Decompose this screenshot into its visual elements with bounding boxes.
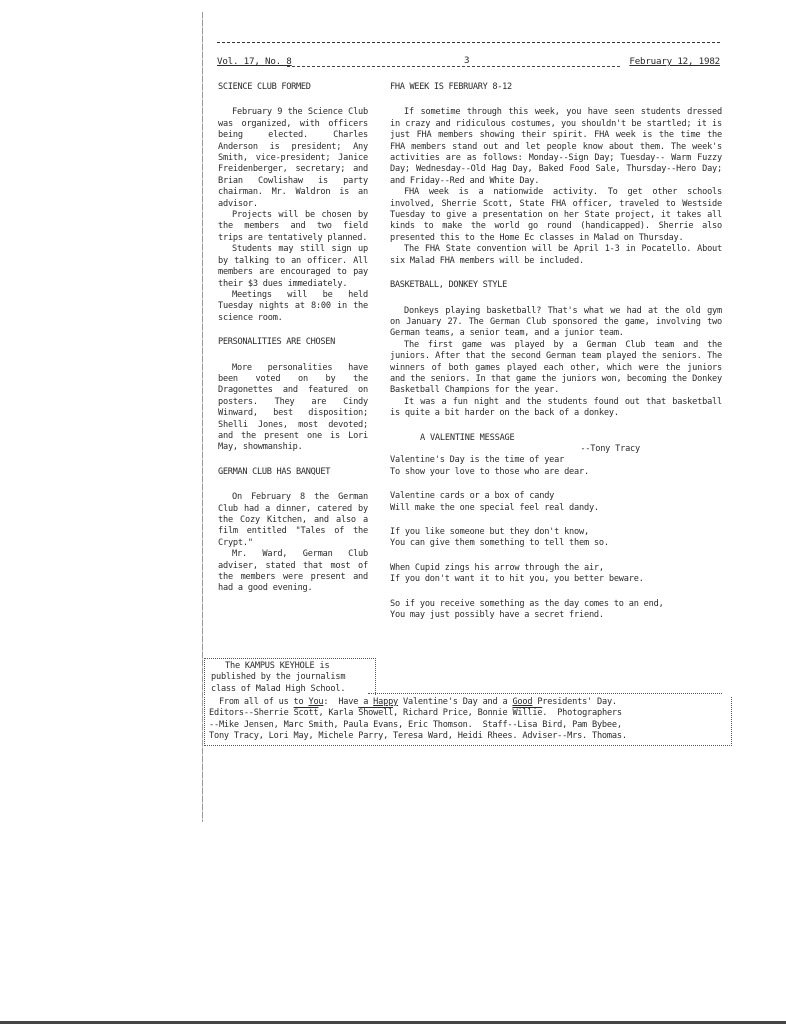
binding-margin-line [202, 12, 203, 822]
colophon-text: The KAMPUS KEYHOLE is published by the j… [211, 661, 371, 695]
page-number: 3 [464, 55, 469, 66]
masthead-dashes [287, 66, 620, 67]
headline: GERMAN CLUB HAS BANQUET [218, 467, 368, 478]
article-basketball: BASKETBALL, DONKEY STYLE Donkeys playing… [390, 280, 722, 419]
paragraph: If sometime through this week, you have … [390, 107, 722, 187]
article-science-club: SCIENCE CLUB FORMED February 9 the Scien… [218, 82, 368, 324]
poem-line: You may just possibly have a secret frie… [390, 610, 722, 621]
editors-line: Editors--Sherrie Scott, Karla Showell, R… [209, 708, 727, 719]
article-personalities: PERSONALITIES ARE CHOSEN More personalit… [218, 337, 368, 454]
poem-line: To show your love to those who are dear. [390, 467, 722, 478]
paragraph: The first game was played by a German Cl… [390, 340, 722, 397]
footer-dotted-rule [368, 693, 722, 694]
paragraph: Meetings will be held Tuesday nights at … [218, 290, 368, 324]
paragraph: FHA week is a nationwide activity. To ge… [390, 187, 722, 244]
poem-line: You can give them something to tell them… [390, 538, 722, 549]
paragraph: Donkeys playing basketball? That's what … [390, 306, 722, 340]
poem-line: Valentine cards or a box of candy [390, 491, 722, 502]
headline: PERSONALITIES ARE CHOSEN [218, 337, 368, 348]
photographers-staff-line: --Mike Jensen, Marc Smith, Paula Evans, … [209, 720, 727, 731]
paragraph: Mr. Ward, German Club adviser, stated th… [218, 549, 368, 595]
left-column: SCIENCE CLUB FORMED February 9 the Scien… [218, 82, 368, 595]
paragraph: It was a fun night and the students foun… [390, 397, 722, 420]
paragraph: The FHA State convention will be April 1… [390, 244, 722, 267]
right-column: FHA WEEK IS FEBRUARY 8-12 If sometime th… [390, 82, 722, 621]
volume-issue: Vol. 17, No. 8 [217, 56, 292, 67]
poem-line: So if you receive something as the day c… [390, 599, 722, 610]
paragraph: More personalities have been voted on by… [218, 363, 368, 454]
paragraph: February 9 the Science Club was organize… [218, 107, 368, 210]
top-dashed-rule [217, 42, 720, 43]
newspaper-page: Vol. 17, No. 8 3 February 12, 1982 SCIEN… [0, 0, 786, 1024]
paragraph: Projects will be chosen by the members a… [218, 210, 368, 244]
staff-footer-box: From all of us to You: Have a Happy Vale… [204, 697, 732, 746]
valentine-poem: A VALENTINE MESSAGE --Tony Tracy Valenti… [390, 433, 722, 622]
poem-line: When Cupid zings his arrow through the a… [390, 563, 722, 574]
poem-author: --Tony Tracy [390, 444, 722, 455]
headline: SCIENCE CLUB FORMED [218, 82, 368, 93]
poem-line: Will make the one special feel real dand… [390, 503, 722, 514]
paragraph: On February 8 the German Club had a dinn… [218, 492, 368, 549]
poem-line: If you like someone but they don't know, [390, 527, 722, 538]
greeting-line: From all of us to You: Have a Happy Vale… [209, 697, 727, 708]
article-fha-week: FHA WEEK IS FEBRUARY 8-12 If sometime th… [390, 82, 722, 267]
poem-title: A VALENTINE MESSAGE [420, 433, 722, 444]
masthead: Vol. 17, No. 8 3 February 12, 1982 [217, 56, 720, 70]
poem-line: Valentine's Day is the time of year [390, 455, 722, 466]
article-german-club: GERMAN CLUB HAS BANQUET On February 8 th… [218, 467, 368, 595]
colophon-box: The KAMPUS KEYHOLE is published by the j… [204, 658, 376, 695]
headline: FHA WEEK IS FEBRUARY 8-12 [390, 82, 722, 93]
headline: BASKETBALL, DONKEY STYLE [390, 280, 722, 291]
staff-adviser-line: Tony Tracy, Lori May, Michele Parry, Ter… [209, 731, 727, 742]
paragraph: Students may still sign up by talking to… [218, 244, 368, 290]
issue-date: February 12, 1982 [629, 56, 720, 67]
poem-line: If you don't want it to hit you, you bet… [390, 574, 722, 585]
